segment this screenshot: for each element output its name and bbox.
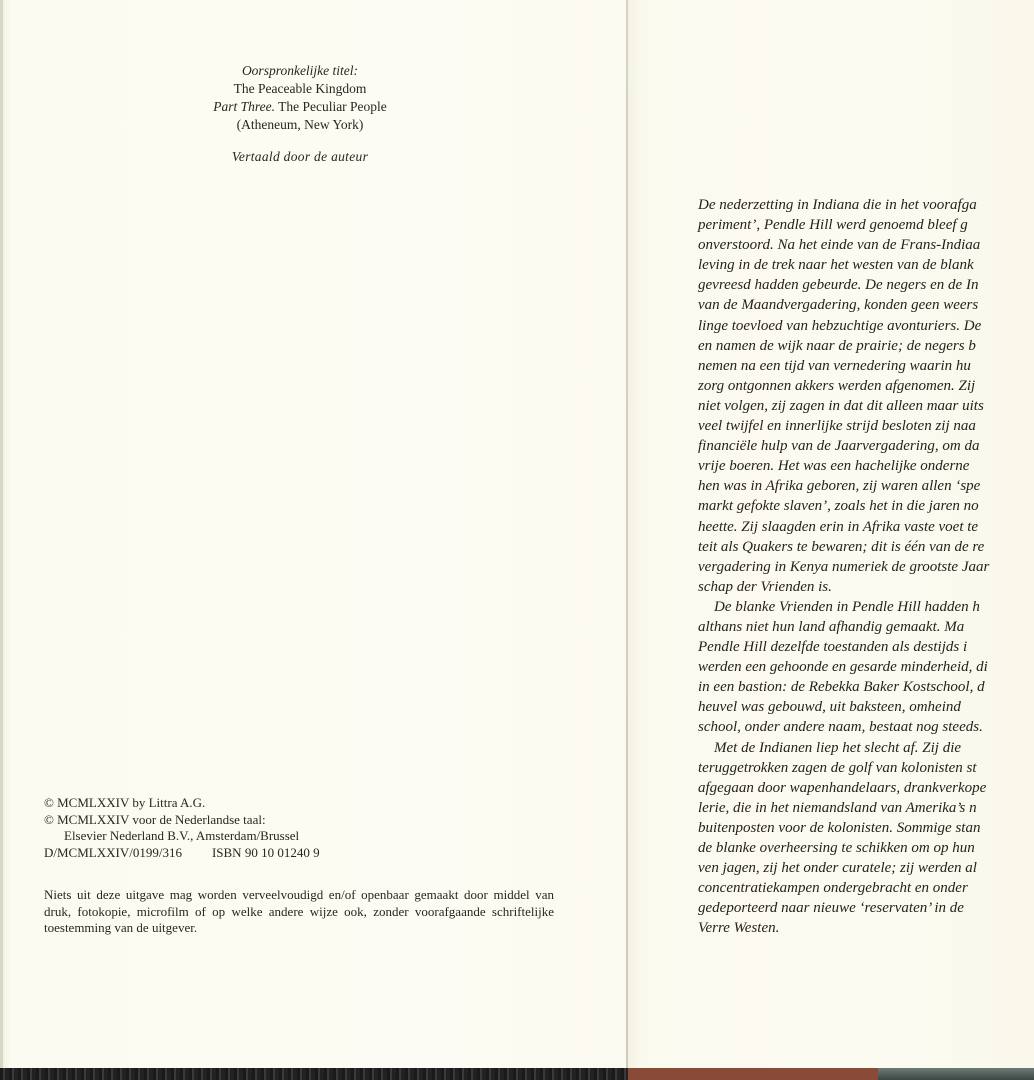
part-info: Part Three. The Peculiar People xyxy=(150,98,450,116)
body-line: periment’, Pendle Hill werd genoemd blee… xyxy=(698,215,1034,235)
book-bottom-edge-right xyxy=(878,1068,1034,1080)
copyright-line-3: Elsevier Nederland B.V., Amsterdam/Bruss… xyxy=(44,828,444,845)
isbn-line: D/MCMLXXIV/0199/316 ISBN 90 10 01240 9 xyxy=(44,845,444,862)
book-bottom-edge-left xyxy=(0,1068,628,1080)
body-line: De blanke Vrienden in Pendle Hill hadden… xyxy=(698,597,1034,617)
body-line: heette. Zij slaagden erin in Afrika vast… xyxy=(698,517,1034,537)
body-line: afgegaan door wapenhandelaars, drankverk… xyxy=(698,778,1034,798)
left-page: Oorspronkelijke titel: The Peaceable Kin… xyxy=(0,0,626,1068)
body-line: van de Maandvergadering, konden geen wee… xyxy=(698,295,1034,315)
body-line: ven jagen, zij het onder curatele; zij w… xyxy=(698,858,1034,878)
body-line: werden een gehoonde en gesarde minderhei… xyxy=(698,657,1034,677)
body-line: buitenposten voor de kolonisten. Sommige… xyxy=(698,818,1034,838)
body-line: en namen de wijk naar de prairie; de neg… xyxy=(698,336,1034,356)
body-line: de blanke overheersing te schikken om op… xyxy=(698,838,1034,858)
copyright-line-2: © MCMLXXIV voor de Nederlandse taal: xyxy=(44,812,444,829)
title-info-block: Oorspronkelijke titel: The Peaceable Kin… xyxy=(150,62,450,166)
body-line: markt gefokte slaven’, zoals het in die … xyxy=(698,496,1034,516)
body-line: Met de Indianen liep het slecht af. Zij … xyxy=(698,738,1034,758)
translator-note: Vertaald door de auteur xyxy=(150,148,450,166)
copyright-block: © MCMLXXIV by Littra A.G. © MCMLXXIV voo… xyxy=(44,795,444,861)
copyright-line-1: © MCMLXXIV by Littra A.G. xyxy=(44,795,444,812)
body-text: De nederzetting in Indiana die in het vo… xyxy=(698,195,1034,938)
body-line: schap der Vrienden is. xyxy=(698,577,1034,597)
body-line: school, onder andere naam, bestaat nog s… xyxy=(698,717,1034,737)
body-line: veel twijfel en innerlijke strijd beslot… xyxy=(698,416,1034,436)
body-line: leving in de trek naar het westen van de… xyxy=(698,255,1034,275)
body-line: teit als Quakers te bewaren; dit is één … xyxy=(698,537,1034,557)
body-line: hen was in Afrika geboren, zij waren all… xyxy=(698,476,1034,496)
body-line: De nederzetting in Indiana die in het vo… xyxy=(698,195,1034,215)
body-line: in een bastion: de Rebekka Baker Kostsch… xyxy=(698,677,1034,697)
body-line: teruggetrokken zagen de golf van kolonis… xyxy=(698,758,1034,778)
deposit-number: D/MCMLXXIV/0199/316 xyxy=(44,845,182,862)
body-line: gedeporteerd naar nieuwe ‘reservaten’ in… xyxy=(698,898,1034,918)
body-line: Verre Westen. xyxy=(698,918,1034,938)
body-line: althans niet hun land afhandig gemaakt. … xyxy=(698,617,1034,637)
body-line: lerie, die in het niemandsland van Ameri… xyxy=(698,798,1034,818)
body-line: concentratiekampen ondergebracht en onde… xyxy=(698,878,1034,898)
part-title: The Peculiar People xyxy=(275,99,387,114)
rights-notice: Niets uit deze uitgave mag worden vervee… xyxy=(44,887,554,937)
original-title: The Peaceable Kingdom xyxy=(150,80,450,98)
body-line: zorg ontgonnen akkers werden afgenomen. … xyxy=(698,376,1034,396)
body-line: vergadering in Kenya numeriek de grootst… xyxy=(698,557,1034,577)
publisher-note: (Atheneum, New York) xyxy=(150,116,450,134)
isbn: ISBN 90 10 01240 9 xyxy=(212,845,320,862)
book-bottom-edge-middle xyxy=(628,1068,878,1080)
body-line: gevreesd hadden gebeurde. De negers en d… xyxy=(698,275,1034,295)
body-line: onverstoord. Na het einde van de Frans-I… xyxy=(698,235,1034,255)
part-label: Part Three. xyxy=(213,99,275,114)
body-line: financiële hulp van de Jaarvergadering, … xyxy=(698,436,1034,456)
body-line: heuvel was gebouwd, uit baksteen, omhein… xyxy=(698,697,1034,717)
body-line: Pendle Hill dezelfde toestanden als dest… xyxy=(698,637,1034,657)
body-line: niet volgen, zij zagen in dat dit alleen… xyxy=(698,396,1034,416)
original-title-label: Oorspronkelijke titel: xyxy=(150,62,450,80)
body-line: vrije boeren. Het was een hachelijke ond… xyxy=(698,456,1034,476)
body-line: nemen na een tijd van vernedering waarin… xyxy=(698,356,1034,376)
body-line: linge toevloed van hebzuchtige avonturie… xyxy=(698,316,1034,336)
